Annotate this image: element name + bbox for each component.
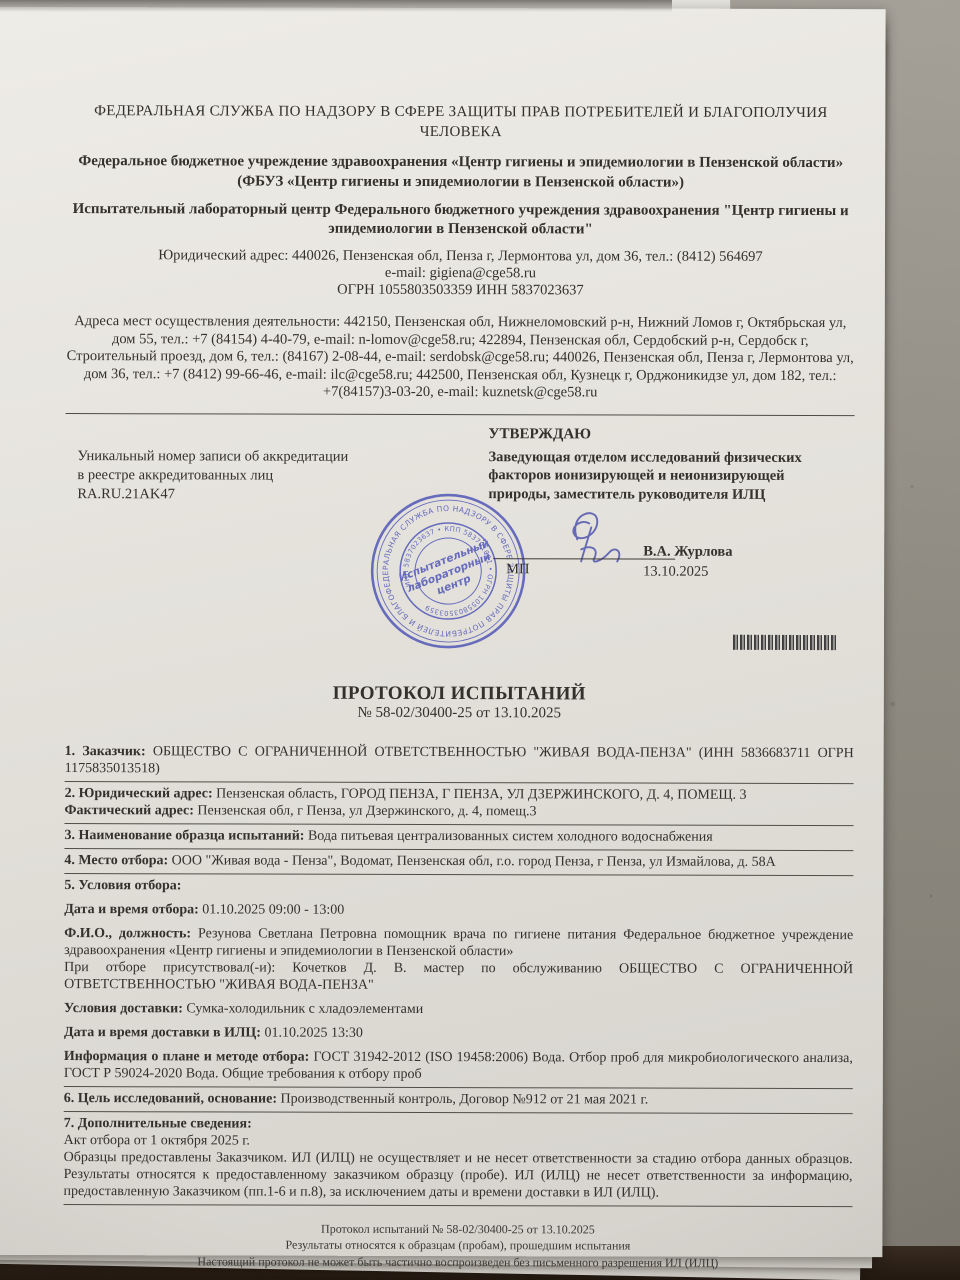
protocol-info-table: 1. Заказчик: ОБЩЕСТВО С ОГРАНИЧЕННОЙ ОТВ…	[63, 740, 853, 1207]
sampling-place-label: 4. Место отбора:	[64, 853, 168, 868]
customer-label: 1. Заказчик:	[65, 744, 146, 759]
footer-protocol-line: Протокол испытаний № 58-02/30400-25 от 1…	[63, 1220, 852, 1239]
row-sample-name: 3. Наименование образца испытаний: Вода …	[64, 824, 853, 851]
document-content: ФЕДЕРАЛЬНАЯ СЛУЖБА ПО НАДЗОРУ В СФЕРЕ ЗА…	[63, 7, 855, 1271]
row-addresses: 2. Юридический адрес: Пензенская область…	[64, 782, 853, 826]
additional-info-label: 7. Дополнительные сведения:	[64, 1116, 252, 1131]
page-footer: Протокол испытаний № 58-02/30400-25 от 1…	[63, 1220, 852, 1272]
customer-value: ОБЩЕСТВО С ОГРАНИЧЕННОЙ ОТВЕТСТВЕННОСТЬЮ…	[65, 744, 854, 776]
organization-short-name: (ФБУЗ «Центр гигиены и эпидемиологии в П…	[66, 173, 855, 192]
photo-top-shadow	[0, 0, 672, 12]
organization-name: Федеральное бюджетное учреждение здравоо…	[66, 152, 855, 173]
legal-address-block: Юридический адрес: 440026, Пензенская об…	[66, 247, 855, 300]
sampling-datetime-label: Дата и время отбора:	[64, 902, 199, 917]
accreditation-line1: Уникальный номер записи об аккредитации	[77, 447, 387, 467]
delivery-datetime-value: 01.10.2025 13:30	[264, 1025, 362, 1040]
sampler-fio-label: Ф.И.О., должность:	[64, 926, 191, 941]
protocol-title: ПРОТОКОЛ ИСПЫТАНИЙ	[65, 684, 854, 703]
row-sampling-place: 4. Место отбора: ООО "Живая вода - Пенза…	[64, 849, 853, 876]
sampling-conditions-label: 5. Условия отбора:	[64, 878, 181, 893]
barcode	[733, 634, 837, 649]
sampling-act-line: Акт отбора от 1 октября 2025 г.	[64, 1133, 250, 1148]
testing-lab-center-name: Испытательный лабораторный центр Федерал…	[66, 200, 855, 240]
sample-name-label: 3. Наименование образца испытаний:	[64, 828, 304, 844]
approve-heading: УТВЕРЖДАЮ	[488, 426, 591, 443]
seal-place-label: МП	[506, 561, 529, 578]
row-research-purpose: 6. Цель исследований, основание: Произво…	[64, 1087, 853, 1114]
delivery-conditions-value: Сумка-холодильник с хладоэлементами	[186, 1001, 423, 1017]
research-purpose-value: Производственный контроль, Договор №912 …	[280, 1091, 648, 1107]
row-customer: 1. Заказчик: ОБЩЕСТВО С ОГРАНИЧЕННОЙ ОТВ…	[65, 740, 854, 784]
protocol-number-date: № 58-02/30400-25 от 13.10.2025	[65, 704, 854, 723]
actual-address-label: Фактический адрес:	[65, 803, 194, 818]
ogrn-inn-line: ОГРН 1055803503359 ИНН 5837023637	[66, 281, 855, 300]
protocol-title-block: ПРОТОКОЛ ИСПЫТАНИЙ № 58-02/30400-25 от 1…	[65, 684, 854, 723]
sampling-witness-value: При отборе присутствовал(-и): Кочетков Д…	[64, 960, 853, 993]
footer-results-line: Результаты относятся к образцам (пробам)…	[63, 1236, 852, 1255]
disclaimer-text: Образцы предоставлены Заказчиком. ИЛ (ИЛ…	[64, 1150, 853, 1201]
sampling-datetime-value: 01.10.2025 09:00 - 13:00	[202, 902, 344, 917]
delivery-conditions-label: Условия доставки:	[64, 1001, 183, 1016]
research-purpose-label: 6. Цель исследований, основание:	[64, 1091, 277, 1107]
photo-of-document: { "colors": { "stamp_blue": "#4b52b5", "…	[0, 0, 960, 1280]
approver-name: В.А. Журлова	[643, 543, 732, 560]
activity-addresses: Адреса мест осуществления деятельности: …	[66, 313, 855, 403]
round-seal-stamp: ФЕДЕРАЛЬНАЯ СЛУЖБА ПО НАДЗОРУ В СФЕРЕ ЗА…	[368, 490, 528, 650]
row-sampling-conditions: 5. Условия отбора: Дата и время отбора: …	[64, 874, 854, 1089]
protocol-document-page: ФЕДЕРАЛЬНАЯ СЛУЖБА ПО НАДЗОРУ В СФЕРЕ ЗА…	[0, 7, 886, 1257]
delivery-datetime-label: Дата и время доставки в ИЛЦ:	[64, 1025, 261, 1041]
accreditation-number: RA.RU.21AK47	[77, 485, 387, 505]
approval-zone: Уникальный номер записи об аккредитации …	[65, 414, 855, 678]
approval-date: 13.10.2025	[643, 563, 708, 580]
email-line: e-mail: gigiena@cge58.ru	[66, 264, 855, 283]
legal-address: Юридический адрес: 440026, Пензенская об…	[66, 247, 855, 266]
legal-address-label: 2. Юридический адрес:	[65, 786, 213, 801]
sample-name-value: Вода питьевая централизованных систем хо…	[308, 828, 713, 844]
accreditation-line2: в реестре аккредитованных лиц	[77, 466, 387, 486]
actual-address-value: Пензенская обл, г Пенза, ул Дзержинского…	[197, 803, 536, 819]
footer-copyright-line: Настоящий протокол не может быть частичн…	[63, 1253, 852, 1272]
approver-position: Заведующая отделом исследований физическ…	[488, 448, 828, 504]
sampling-method-label: Информация о плане и методе отбора:	[64, 1049, 309, 1065]
agency-title: ФЕДЕРАЛЬНАЯ СЛУЖБА ПО НАДЗОРУ В СФЕРЕ ЗА…	[66, 101, 855, 143]
legal-address-value: Пензенская область, ГОРОД ПЕНЗА, Г ПЕНЗА…	[216, 786, 746, 802]
row-additional-info: 7. Дополнительные сведения: Акт отбора о…	[63, 1112, 852, 1207]
sampling-place-value: ООО "Живая вода - Пенза", Водомат, Пензе…	[172, 853, 776, 870]
accreditation-block: Уникальный номер записи об аккредитации …	[77, 447, 387, 505]
